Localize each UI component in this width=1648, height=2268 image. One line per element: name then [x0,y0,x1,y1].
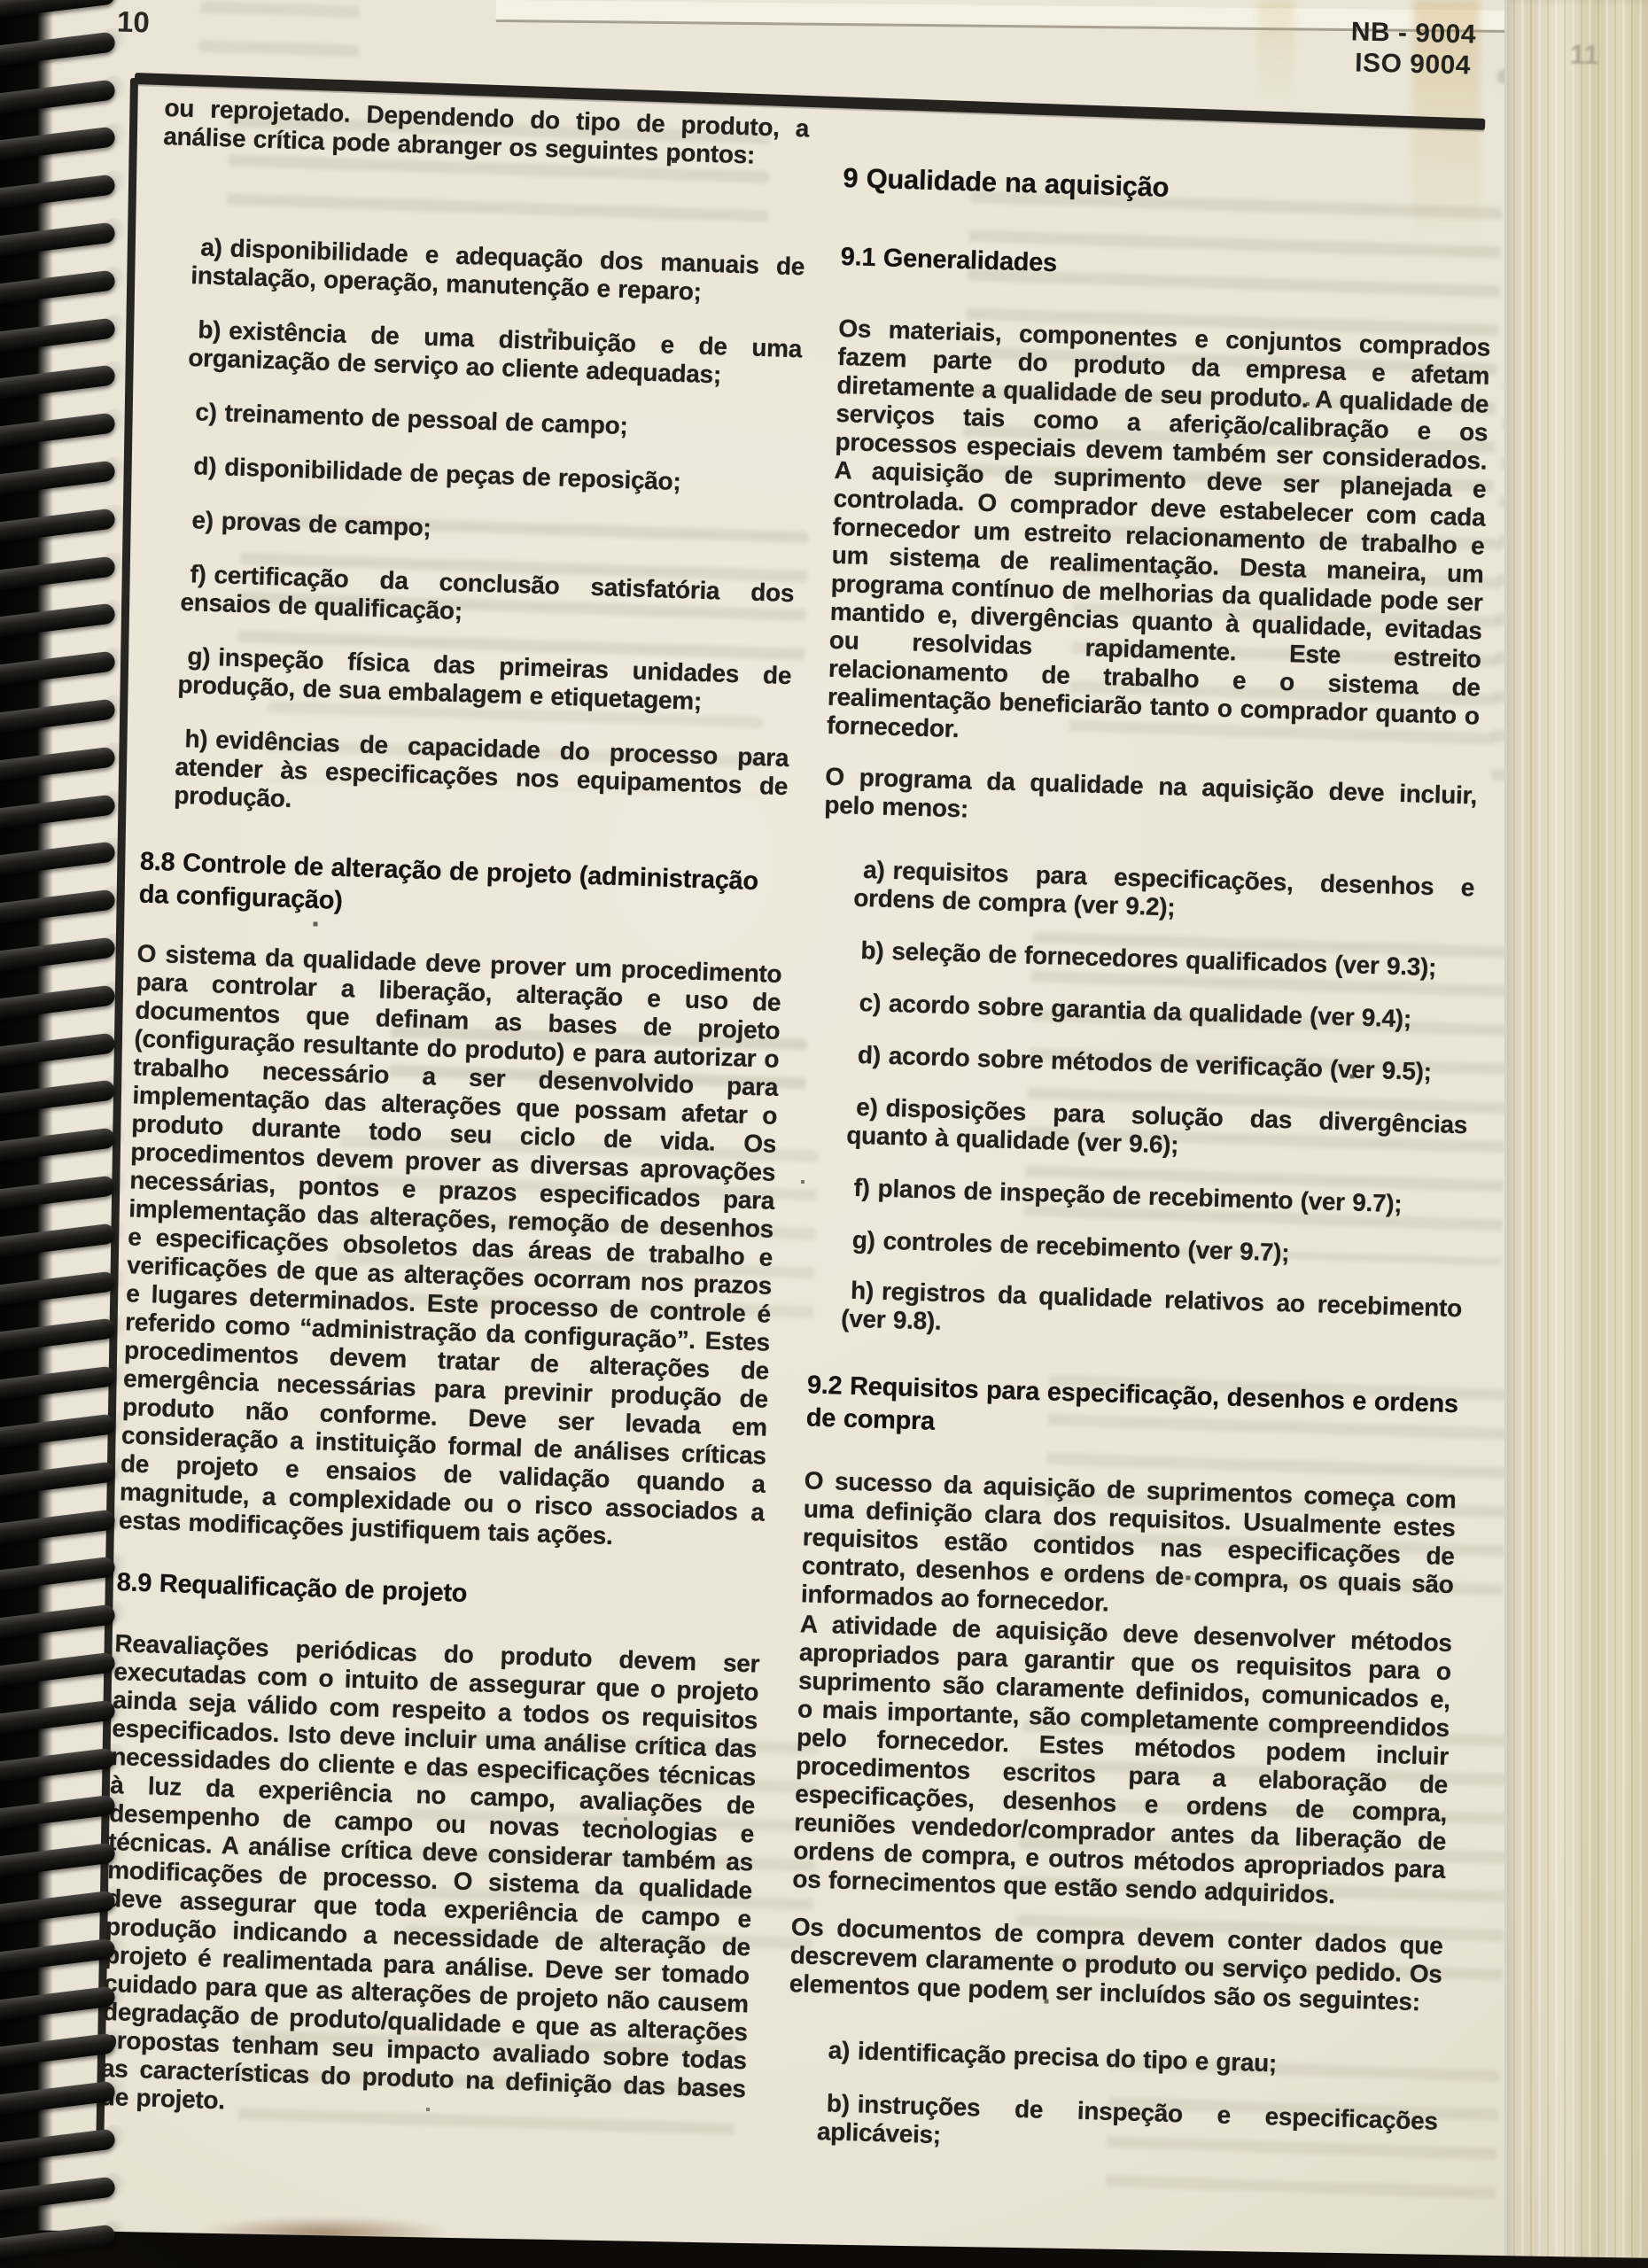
list-item-text: disposições para solução das divergência… [846,1094,1468,1159]
list-item-text: instruções de inspeção e especificações … [817,2090,1439,2148]
list-item-text: inspeção física das primeiras unidades d… [177,643,792,715]
section-8-9-body: Reavaliações periódicas do produto devem… [99,1629,759,2132]
list-item-h: h)evidências de capacidade do processo p… [174,725,789,829]
list-item-f: f)certificação da conclusão satisfatória… [180,560,795,636]
section-8-8-heading: 8.8 Controle de alteração de projeto (ad… [138,846,785,932]
list-item-label: h) [184,725,216,753]
book-fore-edge [1504,0,1648,2268]
list-item-text: registros da qualidade relativos ao rece… [841,1278,1463,1335]
list-item-label: a) [828,2036,858,2064]
section-8-9-heading: 8.9 Requalificação de projeto [116,1566,762,1619]
spiral-binding [0,0,133,2268]
list-item-g: g)controles de recebimento (ver 9.7); [843,1226,1464,1273]
list-item-c: c)acordo sobre garantia da qualidade (ve… [850,989,1471,1036]
section-8-8-body: O sistema da qualidade deve prover um pr… [118,940,781,1556]
list-item-label: e) [856,1093,886,1122]
list-item-label: b) [860,936,892,965]
section-9-1-body: Os materiais, componentes e conjuntos co… [827,315,1491,759]
list-item-d: d)acordo sobre métodos de verificação (v… [849,1041,1470,1088]
list-item-text: acordo sobre garantia da qualidade (ver … [889,990,1412,1032]
list-item-b: b)existência de uma distribuição e de um… [188,315,803,392]
next-page-number: 11 [1570,39,1600,72]
list-item-text: treinamento de pessoal de campo; [224,399,628,439]
doc-code-iso: ISO 9004 [1310,46,1515,82]
section-9-1-body2: O programa da qualidade na aquisição dev… [824,763,1478,839]
list-item-label: b) [198,315,229,344]
list-item-a: a)disponibilidade e adequação dos manuai… [190,233,805,309]
section-9-2-body1: O sucesso da aquisição de suprimentos co… [801,1466,1457,1627]
list-item-text: identificação precisa do tipo e grau; [858,2037,1278,2077]
list-item-a: a)identificação precisa do tipo e grau; [819,2036,1440,2083]
section-9-1-heading: 9.1 Generalidades [840,241,1493,293]
list-item-g: g)inspeção física das primeiras unidades… [177,642,792,718]
list-item-text: controles de recebimento (ver 9.7); [882,1227,1289,1267]
left-text-column: ou reprojetado. Dependendo do tipo de pr… [99,94,809,2132]
list-item-label: d) [858,1041,890,1069]
list-item-label: a) [200,233,230,261]
list-item-f: f)planos de inspeção de recebimento (ver… [844,1174,1465,1221]
list-item-c: c)treinamento de pessoal de campo; [186,398,800,446]
acquisition-program-list: a)requisitos para especificações, desenh… [809,855,1475,1352]
list-item-a: a)requisitos para especificações, desenh… [853,856,1475,931]
doc-code-nb: NB - 9004 [1311,15,1516,50]
list-item-label: g) [851,1226,883,1254]
section-9-2-body3: Os documentos de compra devem conter dad… [789,1913,1443,2017]
list-item-text: provas de campo; [221,507,431,541]
document-code-header: NB - 9004 ISO 9004 [1310,15,1516,82]
list-item-e: e)provas de campo; [183,506,797,554]
list-item-text: requisitos para especificações, desenhos… [853,857,1475,920]
page-stack-streaks [1504,0,1648,2268]
list-item-label: a) [863,856,893,884]
list-item-d: d)disponibilidade de peças de reposição; [184,452,798,500]
section-9-2-heading: 9.2 Requisitos para especificação, desen… [805,1369,1459,1454]
list-item-text: seleção de fornecedores qualificados (ve… [891,937,1437,981]
list-item-label: e) [191,506,222,534]
list-item-label: b) [827,2089,859,2117]
section-9-2-body2: A atividade de aquisição deve desenvolve… [792,1610,1452,1913]
list-item-label: c) [195,398,225,426]
list-item-text: evidências de capacidade do processo par… [174,726,789,812]
list-item-label: c) [859,989,889,1017]
list-item-h: h)registros da qualidade relativos ao re… [841,1277,1463,1352]
purchase-data-list: a)identificação precisa do tipo e grau; … [785,2035,1440,2164]
list-item-text: certificação da conclusão satisfatória d… [180,561,795,625]
list-item-text: disponibilidade e adequação dos manuais … [190,234,805,305]
right-text-column: 9 Qualidade na aquisição 9.1 Generalidad… [785,161,1496,2164]
list-item-text: planos de inspeção de recebimento (ver 9… [877,1175,1403,1218]
list-item-label: d) [193,452,225,480]
list-item-e: e)disposições para solução das divergênc… [846,1093,1468,1169]
list-item-label: f) [853,1174,878,1202]
list-item-b: b)seleção de fornecedores qualificados (… [851,936,1473,983]
list-item-label: g) [187,642,219,671]
list-item-text: disponibilidade de peças de reposição; [224,453,681,495]
review-points-list: a)disponibilidade e adequação dos manuai… [142,232,805,829]
list-item-label: f) [190,560,214,588]
list-item-text: existência de uma distribuição e de uma … [188,316,803,388]
list-item-label: h) [851,1277,882,1305]
list-item-text: acordo sobre métodos de verificação (ver… [888,1042,1432,1085]
